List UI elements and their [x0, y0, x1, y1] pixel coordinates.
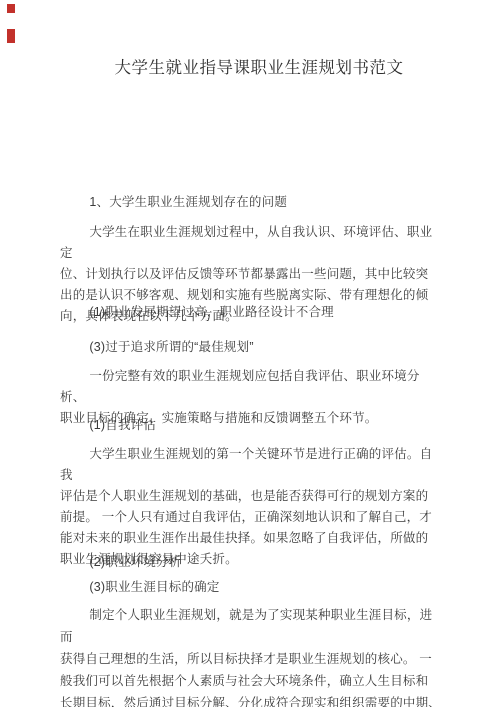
subheading-item-1: (1)职业发展期望过高，职业路径设计不合理: [60, 302, 444, 323]
subheading-self-eval: (1)自我评估: [60, 415, 444, 436]
red-marker-icon: [7, 4, 15, 13]
subheading-env-analysis: (2)职业环境分析: [60, 552, 444, 573]
red-marker-icon: [7, 29, 15, 43]
document-page: 大学生就业指导课职业生涯规划书范文 1、大学生职业生涯规划存在的问题 大学生在职…: [0, 0, 500, 707]
page-title: 大学生就业指导课职业生涯规划书范文: [0, 56, 500, 80]
paragraph: 制定个人职业生涯规划，就是为了实现某种职业生涯目标，进而 获得自己理想的生活，所…: [60, 604, 444, 707]
subheading-goal-setting: (3)职业生涯目标的确定: [60, 577, 444, 598]
subheading-item-3: (3)过于追求所谓的“最佳规划”: [60, 337, 444, 358]
section-heading: 1、大学生职业生涯规划存在的问题: [60, 192, 444, 213]
